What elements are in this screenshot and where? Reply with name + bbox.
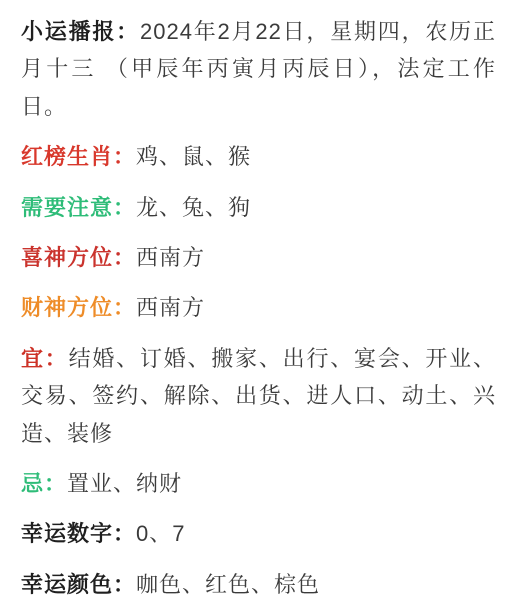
fortune-intro-paragraph: 小运播报：2024年2月22日，星期四，农历正月十三 （甲辰年丙寅月丙辰日），法… <box>21 13 496 125</box>
section-lucky-numbers: 幸运数字：0、7 <box>21 515 496 552</box>
avoid-value: 置业、纳财 <box>67 471 182 496</box>
lucky-zodiac-value: 鸡、鼠、猴 <box>136 144 251 169</box>
section-caution-zodiac: 需要注意：龙、兔、狗 <box>21 189 496 226</box>
suitable-label: 宜： <box>21 346 69 371</box>
daily-fortune-article: 小运播报：2024年2月22日，星期四，农历正月十三 （甲辰年丙寅月丙辰日），法… <box>0 0 514 600</box>
section-suitable-activities: 宜：结婚、订婚、搬家、出行、宴会、开业、交易、签约、解除、出货、进人口、动土、兴… <box>21 340 496 452</box>
section-avoid-activities: 忌：置业、纳财 <box>21 465 496 502</box>
lucky-zodiac-label: 红榜生肖： <box>21 144 136 169</box>
section-lucky-zodiac: 红榜生肖：鸡、鼠、猴 <box>21 138 496 175</box>
lucky-numbers-label: 幸运数字： <box>21 521 136 546</box>
fortune-intro-label: 小运播报： <box>21 19 140 44</box>
lucky-numbers-value: 0、7 <box>136 521 185 546</box>
joy-god-direction-value: 西南方 <box>136 245 205 270</box>
section-wealth-god-direction: 财神方位：西南方 <box>21 289 496 326</box>
suitable-value: 结婚、订婚、搬家、出行、宴会、开业、交易、签约、解除、出货、进人口、动土、兴造、… <box>21 346 496 446</box>
wealth-god-direction-label: 财神方位： <box>21 295 136 320</box>
section-lucky-colors: 幸运颜色：咖色、红色、棕色 <box>21 566 496 600</box>
caution-zodiac-value: 龙、兔、狗 <box>136 195 251 220</box>
avoid-label: 忌： <box>21 471 67 496</box>
section-joy-god-direction: 喜神方位：西南方 <box>21 239 496 276</box>
caution-zodiac-label: 需要注意： <box>21 195 136 220</box>
lucky-colors-label: 幸运颜色： <box>21 572 136 597</box>
wealth-god-direction-value: 西南方 <box>136 295 205 320</box>
lucky-colors-value: 咖色、红色、棕色 <box>136 572 320 597</box>
joy-god-direction-label: 喜神方位： <box>21 245 136 270</box>
